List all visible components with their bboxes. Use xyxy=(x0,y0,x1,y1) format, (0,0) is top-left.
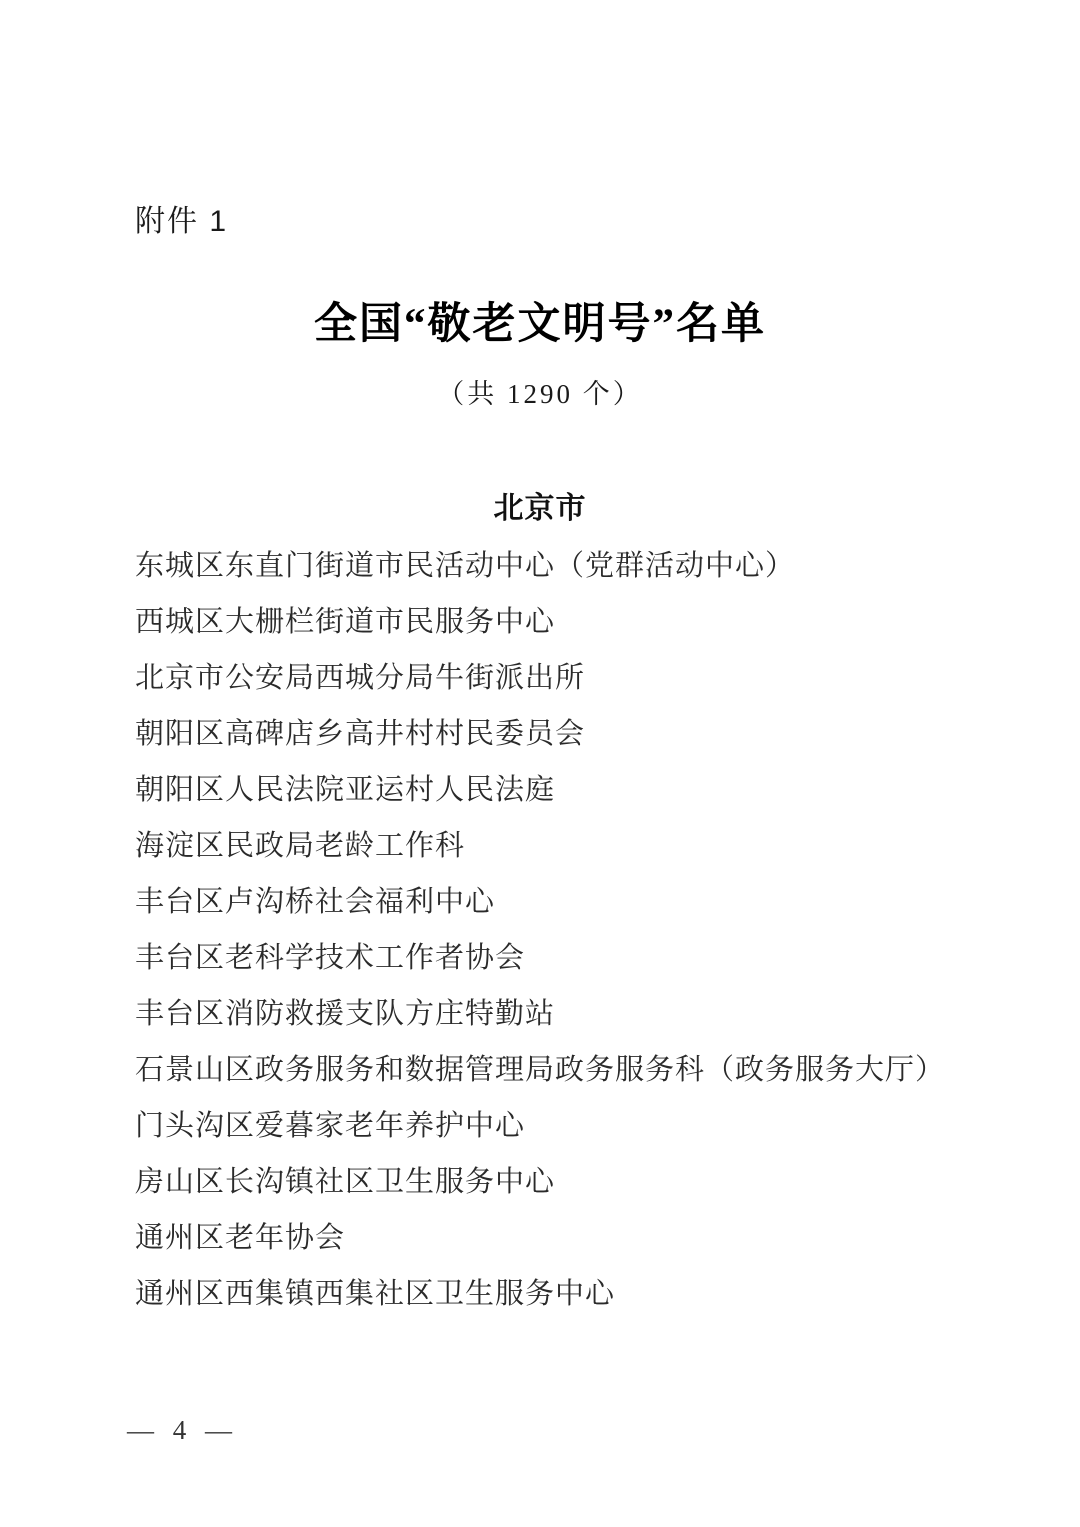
list-item: 朝阳区人民法院亚运村人民法庭 xyxy=(135,762,1020,818)
page-number: — 4 — xyxy=(127,1415,238,1446)
list-item: 北京市公安局西城分局牛街派出所 xyxy=(135,650,1020,706)
list-item: 丰台区卢沟桥社会福利中心 xyxy=(135,874,1020,930)
document-page: 附件 1 全国“敬老文明号”名单 （共 1290 个） 北京市 东城区东直门街道… xyxy=(0,0,1080,1527)
list-item: 丰台区消防救援支队方庄特勤站 xyxy=(135,986,1020,1042)
section-header-beijing: 北京市 xyxy=(0,483,1080,527)
list-item: 门头沟区爱暮家老年养护中心 xyxy=(135,1098,1020,1154)
list-item: 通州区西集镇西集社区卫生服务中心 xyxy=(135,1266,1020,1322)
page-title: 全国“敬老文明号”名单 xyxy=(0,290,1080,351)
list-item: 石景山区政务服务和数据管理局政务服务科（政务服务大厅） xyxy=(135,1042,1020,1098)
organization-list: 东城区东直门街道市民活动中心（党群活动中心） 西城区大栅栏街道市民服务中心 北京… xyxy=(135,538,1020,1322)
list-item: 东城区东直门街道市民活动中心（党群活动中心） xyxy=(135,538,1020,594)
list-item: 丰台区老科学技术工作者协会 xyxy=(135,930,1020,986)
list-item: 房山区长沟镇社区卫生服务中心 xyxy=(135,1154,1020,1210)
page-subtitle-count: （共 1290 个） xyxy=(0,372,1080,411)
list-item: 西城区大栅栏街道市民服务中心 xyxy=(135,594,1020,650)
list-item: 朝阳区高碑店乡高井村村民委员会 xyxy=(135,706,1020,762)
list-item: 海淀区民政局老龄工作科 xyxy=(135,818,1020,874)
list-item: 通州区老年协会 xyxy=(135,1210,1020,1266)
attachment-label: 附件 1 xyxy=(135,196,228,240)
